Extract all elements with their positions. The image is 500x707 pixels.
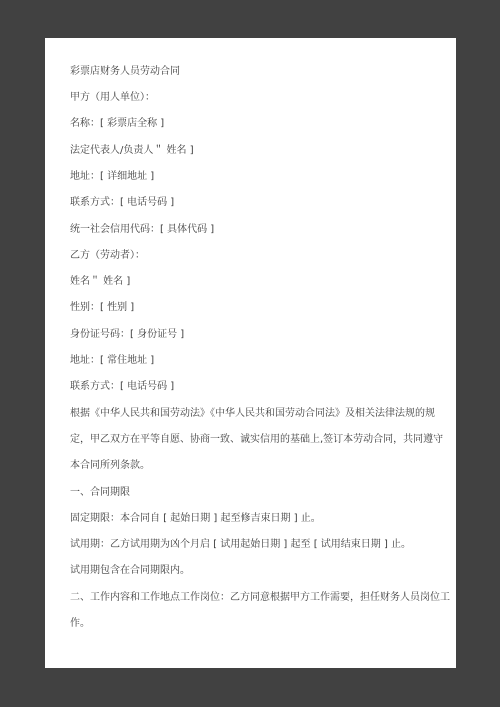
text-line: 姓名＂ 姓名 ] — [70, 269, 445, 295]
text-line: 地址：[ 常住地址 ] — [70, 348, 445, 374]
text-line: 联系方式：[ 电话号码 ] — [70, 190, 445, 216]
viewer-background: 彩票店财务人员劳动合同甲方（用人单位）：名称：[ 彩票店全称 ]法定代表人/负责… — [0, 0, 500, 707]
text-line: 定，甲乙双方在平等自愿、协商一致、诚实信用的基础上,签订本劳动合同，共同遵守 — [70, 427, 445, 453]
text-line: 根据《中华人民共和国劳动法》《中华人民共和国劳动合同法》及相关法律法规的规 — [70, 401, 445, 427]
text-line: 法定代表人/负责人＂ 姓名 ] — [70, 138, 445, 164]
text-line: 身份证号码：[ 身份证号 ] — [70, 322, 445, 348]
text-line: 联系方式：[ 电话号码 ] — [70, 374, 445, 400]
text-line: 甲方（用人单位）： — [70, 85, 445, 111]
text-line: 本合同所列条款。 — [70, 453, 445, 479]
document-title: 彩票店财务人员劳动合同 — [70, 59, 445, 85]
text-line: 作。 — [70, 611, 445, 637]
text-line: 乙方（劳动者）： — [70, 243, 445, 269]
text-line: 二、工作内容和工作地点工作岗位：乙方同意根据甲方工作需要，担任财务人员岗位工 — [70, 585, 445, 611]
text-line: 名称：[ 彩票店全称 ] — [70, 111, 445, 137]
text-line: 固定期限：本合同自 [ 起始日期 ] 起至修吉束日期 ] 止。 — [70, 506, 445, 532]
text-line: 试用期包含在合同期限内。 — [70, 558, 445, 584]
document-body: 彩票店财务人员劳动合同甲方（用人单位）：名称：[ 彩票店全称 ]法定代表人/负责… — [70, 59, 445, 638]
text-line: 试用期：乙方试用期为凶个月启 [ 试用起始日期 ] 起至 [ 试用结束日期 ] … — [70, 532, 445, 558]
text-line: 统一社会信用代码：[ 具体代码 ] — [70, 217, 445, 243]
text-line: 地址：[ 详细地址 ] — [70, 164, 445, 190]
text-line: 一、合同期限 — [70, 480, 445, 506]
text-line: 性别：[ 性别 ] — [70, 295, 445, 321]
